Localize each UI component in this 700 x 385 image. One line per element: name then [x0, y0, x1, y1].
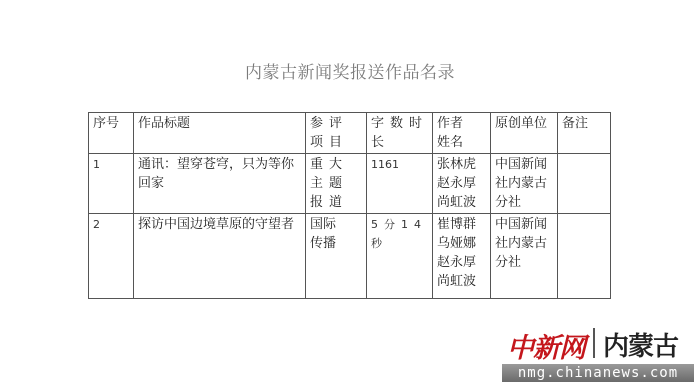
- header-title: 作品标题: [134, 113, 306, 154]
- cell-title: 通讯：望穿苍穹，只为等你回家: [134, 154, 306, 214]
- cell-note: [558, 154, 611, 214]
- header-no: 序号: [89, 113, 134, 154]
- table-header-row: 序号 作品标题 参评项目 字数时长 作者姓名 原创单位 备注: [89, 113, 611, 154]
- cell-unit: 中国新闻社内蒙古分社: [491, 214, 558, 299]
- cell-note: [558, 214, 611, 299]
- works-table: 序号 作品标题 参评项目 字数时长 作者姓名 原创单位 备注 1 通讯：望穿苍穹…: [88, 112, 611, 299]
- header-unit: 原创单位: [491, 113, 558, 154]
- cell-authors: 张林虎 赵永厚 尚虹波: [433, 154, 491, 214]
- cell-category: 国际传播: [306, 214, 367, 299]
- author: 崔博群: [437, 215, 486, 234]
- chinanews-watermark-logo: 中新网 内蒙古 nmg.chinanews.com: [497, 322, 697, 382]
- author: 尚虹波: [437, 272, 486, 291]
- author: 乌娅娜: [437, 234, 486, 253]
- cell-no: 2: [89, 214, 134, 299]
- header-note: 备注: [558, 113, 611, 154]
- cell-authors: 崔博群 乌娅娜 赵永厚 尚虹波: [433, 214, 491, 299]
- cell-unit: 中国新闻社内蒙古分社: [491, 154, 558, 214]
- brand-name: 中新网: [507, 326, 585, 365]
- header-length: 字数时长: [367, 113, 433, 154]
- watermark-url: nmg.chinanews.com: [502, 364, 694, 382]
- header-authors: 作者姓名: [433, 113, 491, 154]
- logo-divider: [593, 328, 595, 358]
- table-row: 1 通讯：望穿苍穹，只为等你回家 重大主题报道 1161 张林虎 赵永厚 尚虹波…: [89, 154, 611, 214]
- cell-no: 1: [89, 154, 134, 214]
- cell-title: 探访中国边境草原的守望者: [134, 214, 306, 299]
- author: 赵永厚: [437, 253, 486, 272]
- cell-length: 1161: [367, 154, 433, 214]
- region-name: 内蒙古: [603, 326, 678, 363]
- table-row: 2 探访中国边境草原的守望者 国际传播 5分14秒 崔博群 乌娅娜 赵永厚 尚虹…: [89, 214, 611, 299]
- author: 张林虎: [437, 155, 486, 174]
- document-title: 内蒙古新闻奖报送作品名录: [0, 58, 700, 83]
- cell-category: 重大主题报道: [306, 154, 367, 214]
- cell-length: 5分14秒: [367, 214, 433, 299]
- header-category: 参评项目: [306, 113, 367, 154]
- author: 赵永厚: [437, 174, 486, 193]
- author: 尚虹波: [437, 193, 486, 212]
